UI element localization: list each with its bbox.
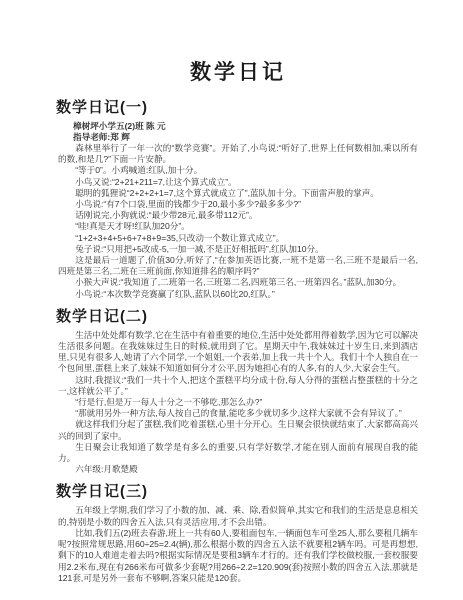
paragraph: 就这样我们分起了蛋糕,我们吃着蛋糕,心里十分开心。生日聚会很快就结束了,大家都高… xyxy=(58,419,418,441)
teacher-line: 指导老师:郑 辉 xyxy=(73,132,418,143)
paragraph: 生日聚会让我知道了数学是有多么的重要,只有学好数学,才能在别人面前有展现自我的能… xyxy=(58,442,418,464)
document-page: 数学日记 数学日记(一) 樟树坪小学五(2)班 陈 元 指导老师:郑 辉 森林里… xyxy=(0,0,463,600)
paragraph: 兔子说:“只用把+5改成-5,一加一减,不是正好相抵吗”,红队加10分。 xyxy=(58,244,418,255)
page-title: 数学日记 xyxy=(58,56,418,86)
paragraph: 话刚说完,小狗就说:“最少带28元,最多带112元”。 xyxy=(58,210,418,221)
document-body: 数学日记 数学日记(一) 樟树坪小学五(2)班 陈 元 指导老师:郑 辉 森林里… xyxy=(0,0,463,584)
paragraph: “1+2+3+4+5+6+7+8+9=35,只改动一个数让算式成立”。 xyxy=(58,233,418,244)
section-diary-3: 数学日记(三) 五年级上学期,我们学习了小数的加、减、乘、除,看似简单,其实它和… xyxy=(58,480,418,583)
section-3-heading: 数学日记(三) xyxy=(56,480,418,501)
paragraph: “那就用另外一种方法,每人按自己的食量,能吃多少就切多少,这样大家就不会有异议了… xyxy=(58,408,418,419)
section-2-heading: 数学日记(二) xyxy=(56,305,418,326)
signature-line: 六年级:月歌楚殿 xyxy=(58,464,418,475)
paragraph: 小鸟说:“本次数学竞赛赢了红队,蓝队以60比20,红队。” xyxy=(58,289,418,300)
paragraph: 聪明的狐狸说“2+2+2+1=7,这个算式就成立了”,蓝队加十分。下面雷声般的掌… xyxy=(58,188,418,199)
author-line: 樟树坪小学五(2)班 陈 元 xyxy=(73,121,418,132)
paragraph: “行是行,但是万一每人十分之一不够吃,那怎么办?” xyxy=(58,397,418,408)
paragraph: 小猴大声说:“我知道了,二班第一名,三班第二名,四班第三名,一班第四名。”蓝队,… xyxy=(58,277,418,288)
paragraph: “等于0”。小鸡喊道:红队,加十分。 xyxy=(58,165,418,176)
paragraph: 小鸟说:“有7个口袋,里面的钱都少于20,最小多少?最多多少?” xyxy=(58,199,418,210)
section-1-heading: 数学日记(一) xyxy=(56,96,418,117)
section-diary-1: 数学日记(一) 樟树坪小学五(2)班 陈 元 指导老师:郑 辉 森林里举行了一年… xyxy=(58,96,418,300)
section-2-text: 生活中处处都有数学,它在生活中有着重要的地位,生活中处处都用得着数学,因为它可以… xyxy=(58,330,418,476)
section-diary-2: 数学日记(二) 生活中处处都有数学,它在生活中有着重要的地位,生活中处处都用得着… xyxy=(58,305,418,476)
paragraph: “哇!真是天才呀!红队加20分”。 xyxy=(58,221,418,232)
section-3-text: 五年级上学期,我们学习了小数的加、减、乘、除,看似简单,其实它和我们的生活是息息… xyxy=(58,505,418,583)
section-1-text: 森林里举行了一年一次的“数学竞赛”。开始了,小鸟说:“听好了,世界上任何数相加,… xyxy=(58,143,418,300)
paragraph: 这是最后一道题了,价值30分,听好了,“在参加英语比赛,一班不是第一名,三班不是… xyxy=(58,255,418,277)
paragraph: 五年级上学期,我们学习了小数的加、减、乘、除,看似简单,其实它和我们的生活是息息… xyxy=(58,505,418,527)
paragraph: 比如,我们五(2)班去春游,班上一共有60人,要租面包车,一辆面包车可坐25人,… xyxy=(58,528,418,584)
paragraph: 这时,我提议:“我们一共十个人,把这个蛋糕平均分成十份,每人分得的蛋糕占整蛋糕的… xyxy=(58,375,418,397)
paragraph: 森林里举行了一年一次的“数学竞赛”。开始了,小鸟说:“听好了,世界上任何数相加,… xyxy=(58,143,418,165)
paragraph: 小鸟又说:“2+21+211=7,让这个算式成立”。 xyxy=(58,177,418,188)
paragraph: 生活中处处都有数学,它在生活中有着重要的地位,生活中处处都用得着数学,因为它可以… xyxy=(58,330,418,375)
